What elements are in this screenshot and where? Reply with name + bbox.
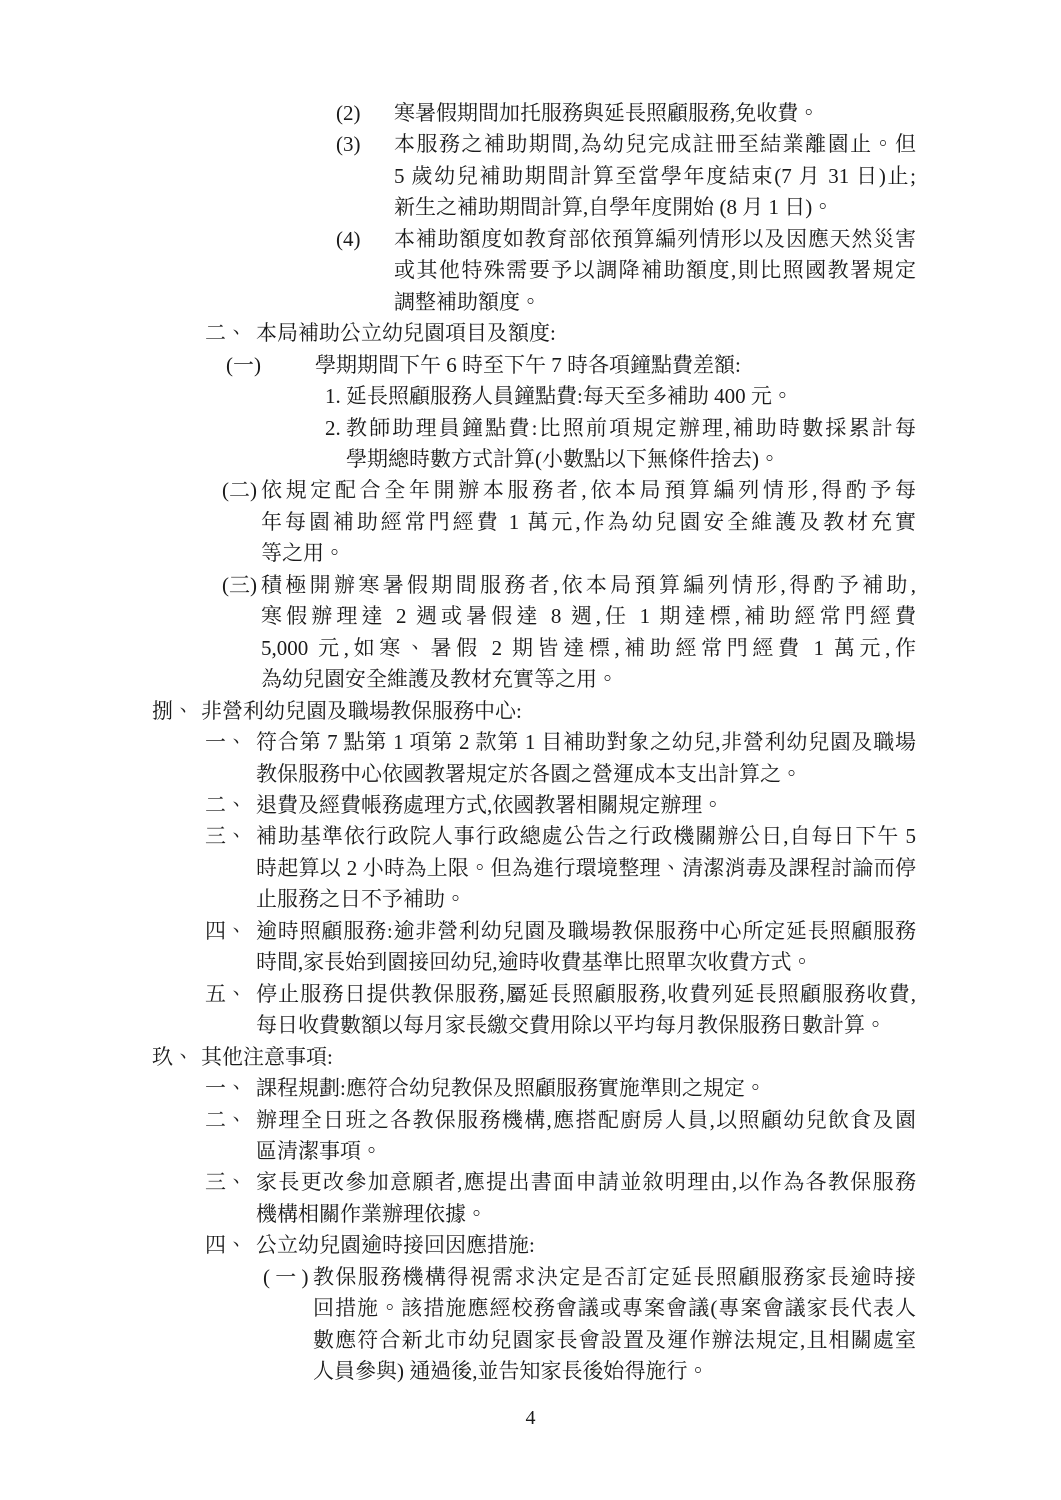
document-item: 二、辦理全日班之各教保服務機構,應搭配廚房人員,以照顧幼兒飲食及園區清潔事項。: [0, 1105, 1061, 1168]
item-label: 四、: [205, 916, 247, 947]
text-line: 止服務之日不予補助。: [256, 884, 916, 915]
text-line: 數應符合新北市幼兒園家長會設置及運作辦法規定,且相關處室: [313, 1325, 916, 1356]
text-line: 退費及經費帳務處理方式,依國教署相關規定辦理。: [256, 790, 916, 821]
text-line: 積極開辦寒暑假期間服務者,依本局預算編列情形,得酌予補助,: [261, 570, 916, 601]
document-item: 1.延長照顧服務人員鐘點費:每天至多補助 400 元。: [0, 381, 1061, 412]
text-line: 其他注意事項:: [201, 1042, 916, 1073]
document-item: (2)寒暑假期間加托服務與延長照顧服務,免收費。: [0, 98, 1061, 129]
document-item: (4)本補助額度如教育部依預算編列情形以及因應天然災害或其他特殊需要予以調降補助…: [0, 224, 1061, 318]
text-line: 新生之補助期間計算,自學年度開始 (8 月 1 日)。: [394, 192, 916, 223]
text-line: 寒假辦理達 2 週或暑假達 8 週,任 1 期達標,補助經常門經費: [261, 601, 916, 632]
document-item: 五、停止服務日提供教保服務,屬延長照顧服務,收費列延長照顧服務收費,每日收費數額…: [0, 979, 1061, 1042]
item-label: ( 一 ): [263, 1262, 309, 1293]
text-line: 或其他特殊需要予以調降補助額度,則比照國教署規定: [394, 255, 916, 286]
document-item: 一、課程規劃:應符合幼兒教保及照顧服務實施準則之規定。: [0, 1073, 1061, 1104]
text-line: 本補助額度如教育部依預算編列情形以及因應天然災害: [394, 224, 916, 255]
document-item: 2.教師助理員鐘點費:比照前項規定辦理,補助時數採累計每學期總時數方式計算(小數…: [0, 413, 1061, 476]
document-item: (三)積極開辦寒暑假期間服務者,依本局預算編列情形,得酌予補助,寒假辦理達 2 …: [0, 570, 1061, 696]
item-label: 二、: [205, 1105, 247, 1136]
item-label: 二、: [205, 318, 247, 349]
item-label: 2.: [325, 413, 341, 444]
document-item: 四、公立幼兒園逾時接回因應措施:: [0, 1230, 1061, 1261]
text-line: 公立幼兒園逾時接回因應措施:: [256, 1230, 916, 1261]
text-line: 寒暑假期間加托服務與延長照顧服務,免收費。: [394, 98, 916, 129]
document-item: 三、家長更改參加意願者,應提出書面申請並敘明理由,以作為各教保服務機構相關作業辦…: [0, 1167, 1061, 1230]
item-label: 玖、: [152, 1042, 194, 1073]
item-label: 三、: [205, 821, 247, 852]
text-line: 年每園補助經常門經費 1 萬元,作為幼兒園安全維護及教材充實: [261, 507, 916, 538]
text-line: 為幼兒園安全維護及教材充實等之用。: [261, 664, 916, 695]
text-line: 學期期間下午 6 時至下午 7 時各項鐘點費差額:: [315, 350, 916, 381]
text-line: 停止服務日提供教保服務,屬延長照顧服務,收費列延長照顧服務收費,: [256, 979, 916, 1010]
text-line: 調整補助額度。: [394, 287, 916, 318]
text-line: 機構相關作業辦理依據。: [256, 1199, 916, 1230]
text-line: 逾時照顧服務:逾非營利幼兒園及職場教保服務中心所定延長照顧服務: [256, 916, 916, 947]
text-line: 等之用。: [261, 538, 916, 569]
item-label: 三、: [205, 1167, 247, 1198]
item-label: 二、: [205, 790, 247, 821]
text-line: 時間,家長始到園接回幼兒,逾時收費基準比照單次收費方式。: [256, 947, 916, 978]
text-line: 教保服務機構得視需求決定是否訂定延長照顧服務家長逾時接: [313, 1262, 916, 1293]
text-line: 家長更改參加意願者,應提出書面申請並敘明理由,以作為各教保服務: [256, 1167, 916, 1198]
text-line: 學期總時數方式計算(小數點以下無條件捨去)。: [346, 444, 916, 475]
item-label: (2): [336, 98, 361, 129]
text-line: 5 歲幼兒補助期間計算至當學年度結束(7 月 31 日)止;: [394, 161, 916, 192]
text-line: 本服務之補助期間,為幼兒完成註冊至結業離園止。但: [394, 129, 916, 160]
document-item: (二)依規定配合全年開辦本服務者,依本局預算編列情形,得酌予每年每園補助經常門經…: [0, 475, 1061, 569]
document-item: 二、本局補助公立幼兒園項目及額度:: [0, 318, 1061, 349]
text-line: 補助基準依行政院人事行政總處公告之行政機關辦公日,自每日下午 5: [256, 821, 916, 852]
item-label: 捌、: [152, 696, 194, 727]
item-label: (三): [222, 570, 257, 601]
text-line: 教師助理員鐘點費:比照前項規定辦理,補助時數採累計每: [346, 413, 916, 444]
document-item: ( 一 )教保服務機構得視需求決定是否訂定延長照顧服務家長逾時接回措施。該措施應…: [0, 1262, 1061, 1388]
document-item: 一、符合第 7 點第 1 項第 2 款第 1 目補助對象之幼兒,非營利幼兒園及職…: [0, 727, 1061, 790]
text-line: 辦理全日班之各教保服務機構,應搭配廚房人員,以照顧幼兒飲食及園: [256, 1105, 916, 1136]
item-label: 五、: [205, 979, 247, 1010]
item-label: (4): [336, 224, 361, 255]
text-line: 人員參與) 通過後,並告知家長後始得施行。: [313, 1356, 916, 1387]
document-item: 三、補助基準依行政院人事行政總處公告之行政機關辦公日,自每日下午 5時起算以 2…: [0, 821, 1061, 915]
page-number: 4: [0, 1407, 1061, 1430]
document-item: (一)學期期間下午 6 時至下午 7 時各項鐘點費差額:: [0, 350, 1061, 381]
document-item: 二、退費及經費帳務處理方式,依國教署相關規定辦理。: [0, 790, 1061, 821]
text-line: 課程規劃:應符合幼兒教保及照顧服務實施準則之規定。: [256, 1073, 916, 1104]
item-label: 一、: [205, 727, 247, 758]
text-line: 時起算以 2 小時為上限。但為進行環境整理、清潔消毒及課程討論而停: [256, 853, 916, 884]
document-page: (2)寒暑假期間加托服務與延長照顧服務,免收費。(3)本服務之補助期間,為幼兒完…: [0, 0, 1061, 1500]
text-line: 延長照顧服務人員鐘點費:每天至多補助 400 元。: [346, 381, 916, 412]
item-label: (二): [222, 475, 257, 506]
item-label: 1.: [325, 381, 341, 412]
text-line: 5,000 元,如寒、暑假 2 期皆達標,補助經常門經費 1 萬元,作: [261, 633, 916, 664]
text-line: 回措施。該措施應經校務會議或專案會議(專案會議家長代表人: [313, 1293, 916, 1324]
item-label: 四、: [205, 1230, 247, 1261]
text-line: 本局補助公立幼兒園項目及額度:: [256, 318, 916, 349]
item-label: (一): [226, 350, 261, 381]
document-item: 四、逾時照顧服務:逾非營利幼兒園及職場教保服務中心所定延長照顧服務時間,家長始到…: [0, 916, 1061, 979]
item-label: (3): [336, 129, 361, 160]
text-line: 依規定配合全年開辦本服務者,依本局預算編列情形,得酌予每: [261, 475, 916, 506]
document-item: (3)本服務之補助期間,為幼兒完成註冊至結業離園止。但5 歲幼兒補助期間計算至當…: [0, 129, 1061, 223]
item-label: 一、: [205, 1073, 247, 1104]
text-line: 非營利幼兒園及職場教保服務中心:: [201, 696, 916, 727]
text-line: 符合第 7 點第 1 項第 2 款第 1 目補助對象之幼兒,非營利幼兒園及職場: [256, 727, 916, 758]
text-line: 教保服務中心依國教署規定於各園之營運成本支出計算之。: [256, 759, 916, 790]
text-line: 區清潔事項。: [256, 1136, 916, 1167]
document-item: 玖、其他注意事項:: [0, 1042, 1061, 1073]
document-body: (2)寒暑假期間加托服務與延長照顧服務,免收費。(3)本服務之補助期間,為幼兒完…: [0, 98, 1061, 1388]
document-item: 捌、非營利幼兒園及職場教保服務中心:: [0, 696, 1061, 727]
text-line: 每日收費數額以每月家長繳交費用除以平均每月教保服務日數計算。: [256, 1010, 916, 1041]
